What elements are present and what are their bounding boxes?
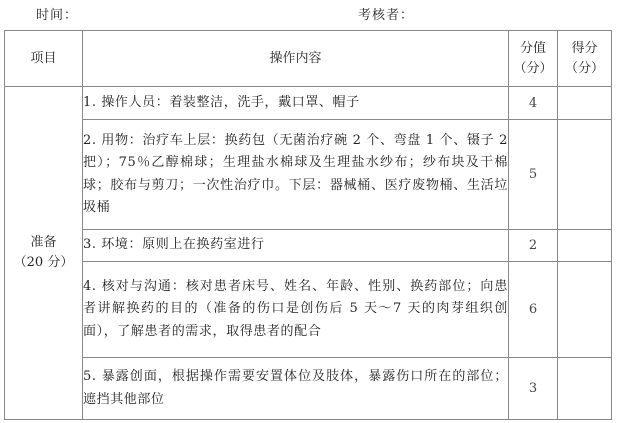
table-row: 3. 环境：原则上在换药室进行 2 <box>5 230 612 262</box>
row-content: 5. 暴露创面，根据操作需要安置体位及肢体，暴露伤口所在的部位；遮挡其他部位 <box>83 358 509 420</box>
row-got-score-input[interactable] <box>558 120 612 230</box>
row-got-score-input[interactable] <box>558 230 612 262</box>
table-row: 4. 核对与沟通：核对患者床号、姓名、年龄、性别、换药部位；向患者讲解换药的目的… <box>5 262 612 358</box>
section-cell: 准备 （20 分） <box>5 87 83 420</box>
header-got-line2: （分） <box>558 59 611 79</box>
header-score: 分值 （分） <box>509 31 558 87</box>
header-got-line1: 得分 <box>558 39 611 59</box>
sheet-meta: 时间： 考核者： <box>0 2 617 24</box>
examiner-label: 考核者： <box>358 4 414 23</box>
table-header-row: 项目 操作内容 分值 （分） 得分 （分） <box>5 31 612 87</box>
row-content: 3. 环境：原则上在换药室进行 <box>83 230 509 262</box>
header-got: 得分 （分） <box>558 31 612 87</box>
row-score: 3 <box>509 358 558 420</box>
assessment-table: 项目 操作内容 分值 （分） 得分 （分） 准备 （20 分） 1. 操作人员：… <box>4 30 612 420</box>
section-points: （20 分） <box>5 253 82 273</box>
table-row: 5. 暴露创面，根据操作需要安置体位及肢体，暴露伤口所在的部位；遮挡其他部位 3 <box>5 358 612 420</box>
header-score-line2: （分） <box>509 59 557 79</box>
table-row: 2. 用物：治疗车上层：换药包（无菌治疗碗 2 个、弯盘 1 个、镊子 2 把）… <box>5 120 612 230</box>
row-got-score-input[interactable] <box>558 87 612 120</box>
row-content: 2. 用物：治疗车上层：换药包（无菌治疗碗 2 个、弯盘 1 个、镊子 2 把）… <box>83 120 509 230</box>
row-content: 4. 核对与沟通：核对患者床号、姓名、年龄、性别、换药部位；向患者讲解换药的目的… <box>83 262 509 358</box>
row-score: 5 <box>509 120 558 230</box>
row-score: 4 <box>509 87 558 120</box>
row-score: 6 <box>509 262 558 358</box>
time-label: 时间： <box>36 4 78 23</box>
section-name: 准备 <box>5 233 82 253</box>
row-score: 2 <box>509 230 558 262</box>
header-content-label: 操作内容 <box>269 51 321 66</box>
header-content: 操作内容 <box>83 31 509 87</box>
header-item-label: 项目 <box>30 51 56 66</box>
row-got-score-input[interactable] <box>558 358 612 420</box>
row-content: 1. 操作人员：着装整洁，洗手，戴口罩、帽子 <box>83 87 509 120</box>
header-score-line1: 分值 <box>509 39 557 59</box>
row-got-score-input[interactable] <box>558 262 612 358</box>
header-item: 项目 <box>5 31 83 87</box>
table-row: 准备 （20 分） 1. 操作人员：着装整洁，洗手，戴口罩、帽子 4 <box>5 87 612 120</box>
